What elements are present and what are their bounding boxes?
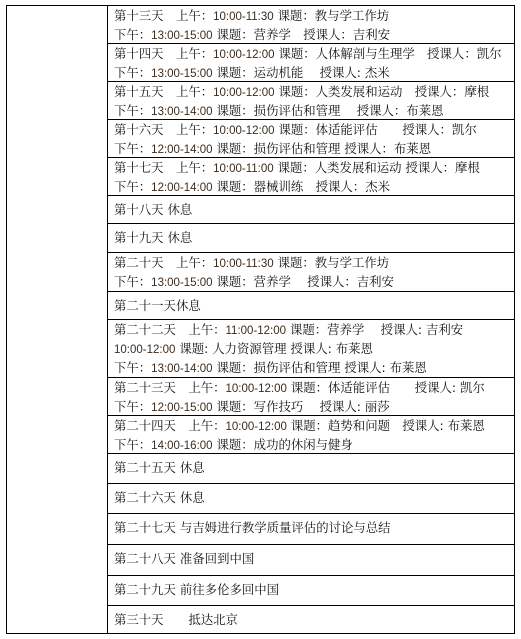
schedule-row-day-28: 第二十八天 准备回到中国 — [108, 545, 514, 576]
schedule-row-day-27: 第二十七天 与吉姆进行教学质量评估的讨论与总结 — [108, 514, 514, 545]
schedule-row-day-30: 第三十天 抵达北京 — [108, 606, 514, 635]
row-line: 下午：13:00-14:00 课题：损伤评估和管理 授课人: 布莱恩 — [114, 358, 514, 377]
row-line: 第二十三天 上午：10:00-12:00 课题：体适能评估 授课人: 凯尔 — [114, 378, 514, 397]
schedule-row-day-22: 第二十二天 上午：11:00-12:00 课题：营养学 授课人: 吉利安 10:… — [108, 320, 514, 378]
schedule-row-day-29: 第二十九天 前往多伦多回中国 — [108, 576, 514, 606]
schedule-table: 第十三天 上午：10:00-11:30 课题：教与学工作坊 下午：13:00-1… — [6, 5, 515, 634]
row-line: 下午：13:00-15:00 课题：运动机能 授课人: 杰米 — [114, 63, 514, 82]
row-line: 第二十五天 休息 — [114, 454, 514, 482]
row-line: 10:00-12:00 课题: 人力资源管理 授课人: 布莱恩 — [114, 339, 514, 358]
row-line: 下午：12:00-14:00 课题：器械训练 授课人：杰米 — [114, 177, 514, 196]
schedule-row-day-18: 第十八天 休息 — [108, 196, 514, 224]
row-line: 第十八天 休息 — [114, 196, 514, 224]
row-line: 第二十九天 前往多伦多回中国 — [114, 576, 514, 604]
schedule-row-day-23: 第二十三天 上午：10:00-12:00 课题：体适能评估 授课人: 凯尔 下午… — [108, 378, 514, 416]
row-line: 第二十天 上午：10:00-11:30 课题：教与学工作坊 — [114, 253, 514, 272]
row-line: 下午：13:00-15:00 课题：营养学 授课人：吉利安 — [114, 272, 514, 291]
schedule-row-day-13: 第十三天 上午：10:00-11:30 课题：教与学工作坊 下午：13:00-1… — [108, 6, 514, 44]
schedule-row-day-25: 第二十五天 休息 — [108, 454, 514, 484]
schedule-row-day-21: 第二十一天休息 — [108, 292, 514, 320]
schedule-row-day-26: 第二十六天 休息 — [108, 484, 514, 514]
row-line: 下午：13:00-15:00 课题：营养学 授课人：吉利安 — [114, 25, 514, 44]
schedule-row-day-19: 第十九天 休息 — [108, 224, 514, 253]
row-line: 第十四天 上午：10:00-12:00 课题：人体解剖与生理学 授课人：凯尔 — [114, 44, 514, 63]
row-line: 下午：14:00-16:00 课题：成功的休闲与健身 — [114, 435, 514, 454]
row-line: 下午：12:00-15:00 课题：写作技巧 授课人: 丽莎 — [114, 397, 514, 416]
row-line: 第二十七天 与吉姆进行教学质量评估的讨论与总结 — [114, 514, 514, 542]
row-line: 第二十六天 休息 — [114, 484, 514, 512]
left-empty-column — [7, 6, 108, 633]
row-line: 第二十八天 准备回到中国 — [114, 545, 514, 573]
row-line: 下午：13:00-14:00 课题：损伤评估和管理 授课人：布莱恩 — [114, 101, 514, 120]
row-line: 第十六天 上午：10:00-12:00 课题：体适能评估 授课人：凯尔 — [114, 120, 514, 139]
row-line: 下午：12:00-14:00 课题：损伤评估和管理 授课人：布莱恩 — [114, 139, 514, 158]
schedule-row-day-14: 第十四天 上午：10:00-12:00 课题：人体解剖与生理学 授课人：凯尔 下… — [108, 44, 514, 82]
schedule-row-day-17: 第十七天 上午：10:00-11:00 课题：人类发展和运动 授课人：摩根 下午… — [108, 158, 514, 196]
row-line: 第二十二天 上午：11:00-12:00 课题：营养学 授课人: 吉利安 — [114, 320, 514, 339]
schedule-row-day-20: 第二十天 上午：10:00-11:30 课题：教与学工作坊 下午：13:00-1… — [108, 253, 514, 292]
schedule-row-day-24: 第二十四天 上午：10:00-12:00 课题：趋势和问题 授课人: 布莱恩 下… — [108, 416, 514, 454]
row-line: 第三十天 抵达北京 — [114, 606, 514, 634]
schedule-row-day-15: 第十五天 上午：10:00-12:00 课题：人类发展和运动 授课人：摩根 下午… — [108, 82, 514, 120]
schedule-column: 第十三天 上午：10:00-11:30 课题：教与学工作坊 下午：13:00-1… — [108, 6, 514, 633]
row-line: 第二十一天休息 — [114, 292, 514, 320]
row-line: 第二十四天 上午：10:00-12:00 课题：趋势和问题 授课人: 布莱恩 — [114, 416, 514, 435]
row-line: 第十三天 上午：10:00-11:30 课题：教与学工作坊 — [114, 6, 514, 25]
row-line: 第十九天 休息 — [114, 224, 514, 252]
row-line: 第十五天 上午：10:00-12:00 课题：人类发展和运动 授课人：摩根 — [114, 82, 514, 101]
schedule-row-day-16: 第十六天 上午：10:00-12:00 课题：体适能评估 授课人：凯尔 下午：1… — [108, 120, 514, 158]
row-line: 第十七天 上午：10:00-11:00 课题：人类发展和运动 授课人：摩根 — [114, 158, 514, 177]
